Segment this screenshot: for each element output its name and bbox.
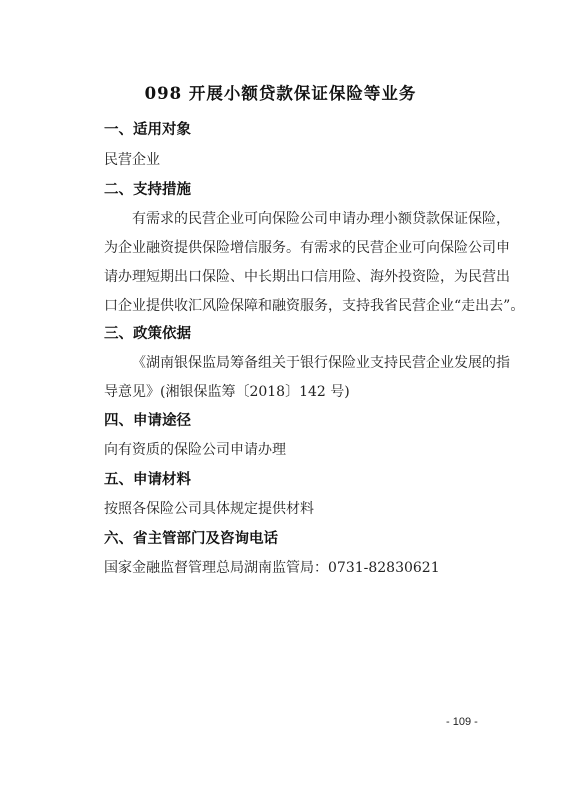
paragraph-line: 请办理短期出口保险、中长期出口信用险、海外投资险，为民营出 (104, 266, 510, 286)
page-title: 098 开展小额贷款保证保险等业务 (0, 80, 561, 104)
paragraph-line: 为企业融资提供保险增信服务。有需求的民营企业可向保险公司申 (104, 237, 510, 257)
section-heading-application-channel: 四、申请途径 (104, 409, 191, 430)
section-heading-application-materials: 五、申请材料 (104, 468, 191, 489)
paragraph-line: 有需求的民营企业可向保险公司申请办理小额贷款保证保险， (132, 208, 510, 228)
section-heading-policy-basis: 三、政策依据 (104, 322, 191, 343)
section-text-application-materials: 按照各保险公司具体规定提供材料 (104, 498, 314, 518)
section-heading-applicable-target: 一、适用对象 (104, 118, 191, 139)
section-text-application-channel: 向有资质的保险公司申请办理 (104, 439, 286, 459)
page-number: - 109 - (446, 716, 478, 728)
section-heading-support-measures: 二、支持措施 (104, 178, 191, 199)
paragraph-line: 口企业提供收汇风险保障和融资服务，支持我省民营企业“走出去”。 (104, 295, 524, 315)
section-heading-department-contact: 六、省主管部门及咨询电话 (104, 527, 278, 548)
paragraph-line: 导意见》(湘银保监筹〔2018〕142 号) (104, 381, 350, 401)
section-text-department-contact: 国家金融监督管理总局湖南监管局：0731-82830621 (104, 557, 440, 577)
document-page: 098 开展小额贷款保证保险等业务 一、适用对象 民营企业 二、支持措施 有需求… (0, 0, 561, 793)
paragraph-line: 《湖南银保监局筹备组关于银行保险业支持民营企业发展的指 (132, 352, 510, 372)
section-text-applicable-target: 民营企业 (104, 149, 160, 169)
